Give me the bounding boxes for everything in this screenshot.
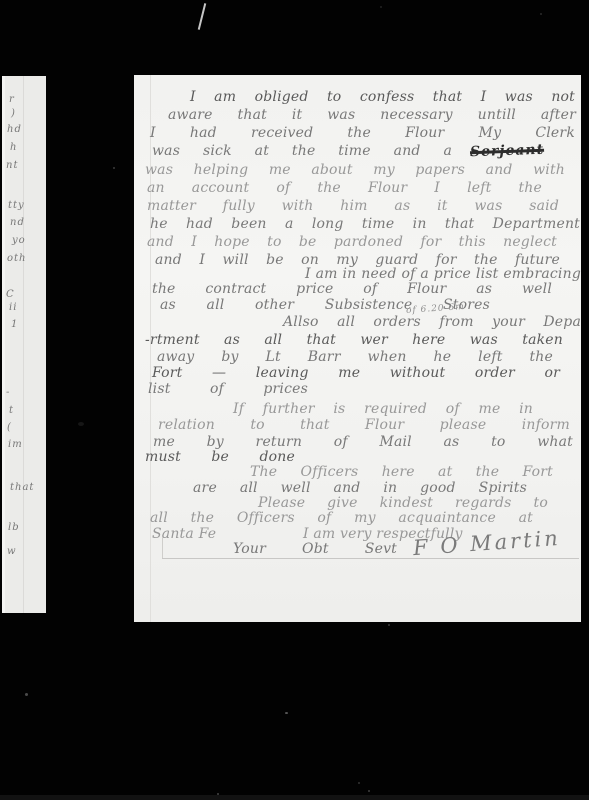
- dust-speck: [25, 693, 28, 696]
- dust-speck: [113, 167, 115, 169]
- handwriting-fragment: nt: [6, 160, 18, 171]
- letter-line: list of prices: [148, 381, 308, 399]
- scan-bottom-edge: [0, 795, 589, 800]
- letter-line: relation to that Flour please inform: [158, 417, 570, 435]
- letter-line: I am obliged to confess that I was not: [190, 89, 575, 107]
- letter-line-part: Allso all orders: [283, 314, 421, 330]
- handwriting-fragment: 1: [11, 319, 18, 330]
- letter-line: aware that it was necessary untill after: [168, 107, 576, 125]
- dust-speck: [388, 624, 390, 626]
- handwriting-fragment: h: [10, 142, 17, 153]
- letter-line: Your Obt Sevt F O Martin: [134, 541, 581, 559]
- handwriting-fragment: C: [6, 289, 15, 300]
- dust-speck: [368, 790, 370, 792]
- handwriting-fragment: yo: [12, 235, 26, 246]
- handwriting-fragment: ): [11, 108, 16, 119]
- letter-line: -rtment as all that wer here was taken: [145, 332, 563, 350]
- paper-slip-edge: [162, 537, 163, 558]
- handwriting-fragment: -: [6, 387, 10, 398]
- dust-speck: [285, 712, 288, 714]
- letter-line: and I hope to be pardoned for this negle…: [147, 234, 557, 252]
- letter-line: Allso all orders from your Depa: [134, 314, 581, 332]
- dust-speck: [358, 782, 360, 784]
- letter-line: was sick at the time and a Serjeant: [134, 143, 581, 161]
- handwriting-fragment: t: [9, 405, 14, 416]
- handwriting-fragment: r: [9, 94, 15, 105]
- letter-line: an account of the Flour I left the: [147, 180, 542, 198]
- handwriting-fragment: tty: [8, 200, 25, 211]
- dust-speck: [540, 13, 542, 15]
- left-partial-page: r ) hd h nt tty nd yo oth C ii 1 - t ( i…: [2, 76, 46, 613]
- letter-line: matter fully with him as it was said: [147, 198, 559, 216]
- handwriting-fragment: nd: [10, 217, 25, 228]
- scratch-mark: [198, 3, 206, 30]
- handwriting-fragment: im: [8, 439, 23, 450]
- letter-line: was helping me about my papers and with: [145, 162, 565, 180]
- handwriting-fragment: (: [7, 422, 12, 433]
- letter-line-text: was sick at the time and a: [152, 143, 452, 161]
- letter-line: he had been a long time in that Departme…: [150, 216, 580, 234]
- handwriting-fragment: oth: [7, 253, 26, 264]
- handwriting-fragment: that: [10, 482, 34, 493]
- letter-line-part: from your Depa: [439, 314, 581, 330]
- scan-background: r ) hd h nt tty nd yo oth C ii 1 - t ( i…: [0, 0, 589, 800]
- letter-line-part: Your Obt Sevt: [233, 541, 397, 559]
- letter-page: I am obliged to confess that I was not a…: [134, 75, 581, 622]
- dust-speck: [78, 422, 84, 426]
- paper-slip-edge: [162, 558, 579, 559]
- handwriting-fragment: ii: [9, 302, 17, 313]
- handwriting-fragment: hd: [7, 124, 22, 135]
- letter-line-text: Allso all orders from your Depa: [283, 314, 581, 332]
- letter-line: I had received the Flour My Clerk: [150, 125, 575, 143]
- crease-line: [23, 76, 24, 613]
- strikethrough-word: Serjeant: [470, 142, 545, 162]
- handwriting-fragment: w: [7, 546, 17, 557]
- signature: F O Martin: [413, 530, 562, 557]
- handwriting-fragment: lb: [8, 522, 20, 533]
- dust-speck: [380, 6, 382, 8]
